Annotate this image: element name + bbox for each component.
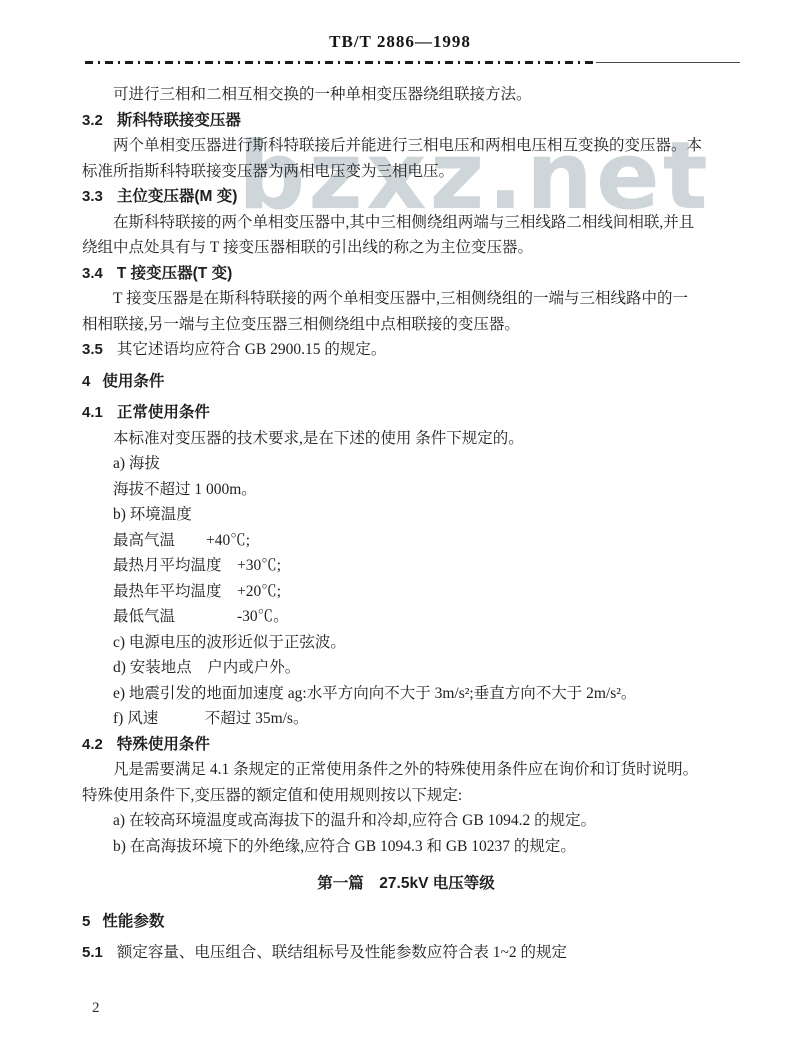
document-body: 可进行三相和二相互相交换的一种单相变压器绕组联接方法。3.2斯科特联接变压器两个…	[82, 82, 730, 966]
text-line: c) 电源电压的波形近似于正弦波。	[82, 630, 730, 656]
clause-number: 4.1	[82, 404, 103, 421]
text-line: 本标准对变压器的技术要求,是在下述的使用 条件下规定的。	[82, 426, 730, 452]
clause-4.2: 4.2特殊使用条件	[82, 732, 730, 758]
clause-number: 5.1	[82, 944, 103, 961]
text-line: a) 海拔	[82, 451, 730, 477]
text-line: 两个单相变压器进行斯科特联接后并能进行三相电压和两相电压相互变换的变压器。本	[82, 133, 730, 159]
clause-title: 正常使用条件	[117, 404, 210, 421]
text-line: 绕组中点处具有与 T 接变压器相联的引出线的称之为主位变压器。	[82, 235, 730, 261]
clause-number: 4.2	[82, 736, 103, 753]
clause-title: 性能参数	[102, 913, 164, 930]
clause-3.2: 3.2斯科特联接变压器	[82, 108, 730, 134]
clause-5.1: 5.1额定容量、电压组合、联结组标号及性能参数应符合表 1~2 的规定	[82, 940, 730, 966]
section-heading-5: 5性能参数	[82, 909, 730, 935]
standard-number: TB/T 2886—1998	[0, 32, 800, 52]
section-heading-4: 4使用条件	[82, 369, 730, 395]
scanned-standard-page: { "document": { "standard_number": "TB/T…	[0, 0, 800, 1063]
clause-number: 3.2	[82, 112, 103, 129]
text-line: 相相联接,另一端与主位变压器三相侧绕组中点相联接的变压器。	[82, 312, 730, 338]
text-line: f) 风速 不超过 35m/s。	[82, 706, 730, 732]
text-line: 最低气温 -30℃。	[82, 604, 730, 630]
clause-number: 3.3	[82, 188, 103, 205]
text-line: 在斯科特联接的两个单相变压器中,其中三相侧绕组两端与三相线路二相线间相联,并且	[82, 210, 730, 236]
text-line: T 接变压器是在斯科特联接的两个单相变压器中,三相侧绕组的一端与三相线路中的一	[82, 286, 730, 312]
clause-3.3: 3.3主位变压器(M 变)	[82, 184, 730, 210]
clause-number: 3.5	[82, 341, 103, 358]
clause-number: 3.4	[82, 265, 103, 282]
clause-3.4: 3.4T 接变压器(T 变)	[82, 261, 730, 287]
clause-4.1: 4.1正常使用条件	[82, 400, 730, 426]
text-line: 凡是需要满足 4.1 条规定的正常使用条件之外的特殊使用条件应在询价和订货时说明…	[82, 757, 730, 783]
text-line: e) 地震引发的地面加速度 ag:水平方向向不大于 3m/s²;垂直方向不大于 …	[82, 681, 730, 707]
page-number: 2	[92, 1000, 100, 1017]
document-header: TB/T 2886—1998	[0, 32, 800, 64]
header-divider	[85, 61, 740, 64]
spacer	[82, 859, 730, 871]
clause-number: 5	[82, 913, 90, 930]
clause-3.5: 3.5其它述语均应符合 GB 2900.15 的规定。	[82, 337, 730, 363]
text-line: 标准所指斯科特联接变压器为两相电压变为三相电压。	[82, 159, 730, 185]
clause-title: 使用条件	[102, 373, 164, 390]
clause-title: T 接变压器(T 变)	[117, 265, 232, 282]
clause-title: 特殊使用条件	[117, 736, 210, 753]
part-title: 第一篇 27.5kV 电压等级	[82, 871, 730, 897]
text-line: 最高气温 +40℃;	[82, 528, 730, 554]
text-line: 可进行三相和二相互相交换的一种单相变压器绕组联接方法。	[82, 82, 730, 108]
divider-solid-segment	[596, 62, 740, 63]
text-line: b) 环境温度	[82, 502, 730, 528]
text-line: 最热年平均温度 +20℃;	[82, 579, 730, 605]
clause-number: 4	[82, 373, 90, 390]
text-line: a) 在较高环境温度或高海拔下的温升和冷却,应符合 GB 1094.2 的规定。	[82, 808, 730, 834]
clause-title: 斯科特联接变压器	[117, 112, 241, 129]
clause-title: 额定容量、电压组合、联结组标号及性能参数应符合表 1~2 的规定	[117, 944, 567, 961]
text-line: 海拔不超过 1 000m。	[82, 477, 730, 503]
clause-title: 主位变压器(M 变)	[117, 188, 238, 205]
text-line: 最热月平均温度 +30℃;	[82, 553, 730, 579]
text-line: 特殊使用条件下,变压器的额定值和使用规则按以下规定:	[82, 783, 730, 809]
text-line: d) 安装地点 户内或户外。	[82, 655, 730, 681]
clause-title: 其它述语均应符合 GB 2900.15 的规定。	[117, 341, 387, 358]
text-line: b) 在高海拔环境下的外绝缘,应符合 GB 1094.3 和 GB 10237 …	[82, 834, 730, 860]
spacer	[82, 897, 730, 909]
divider-dashed-segment	[85, 61, 596, 64]
